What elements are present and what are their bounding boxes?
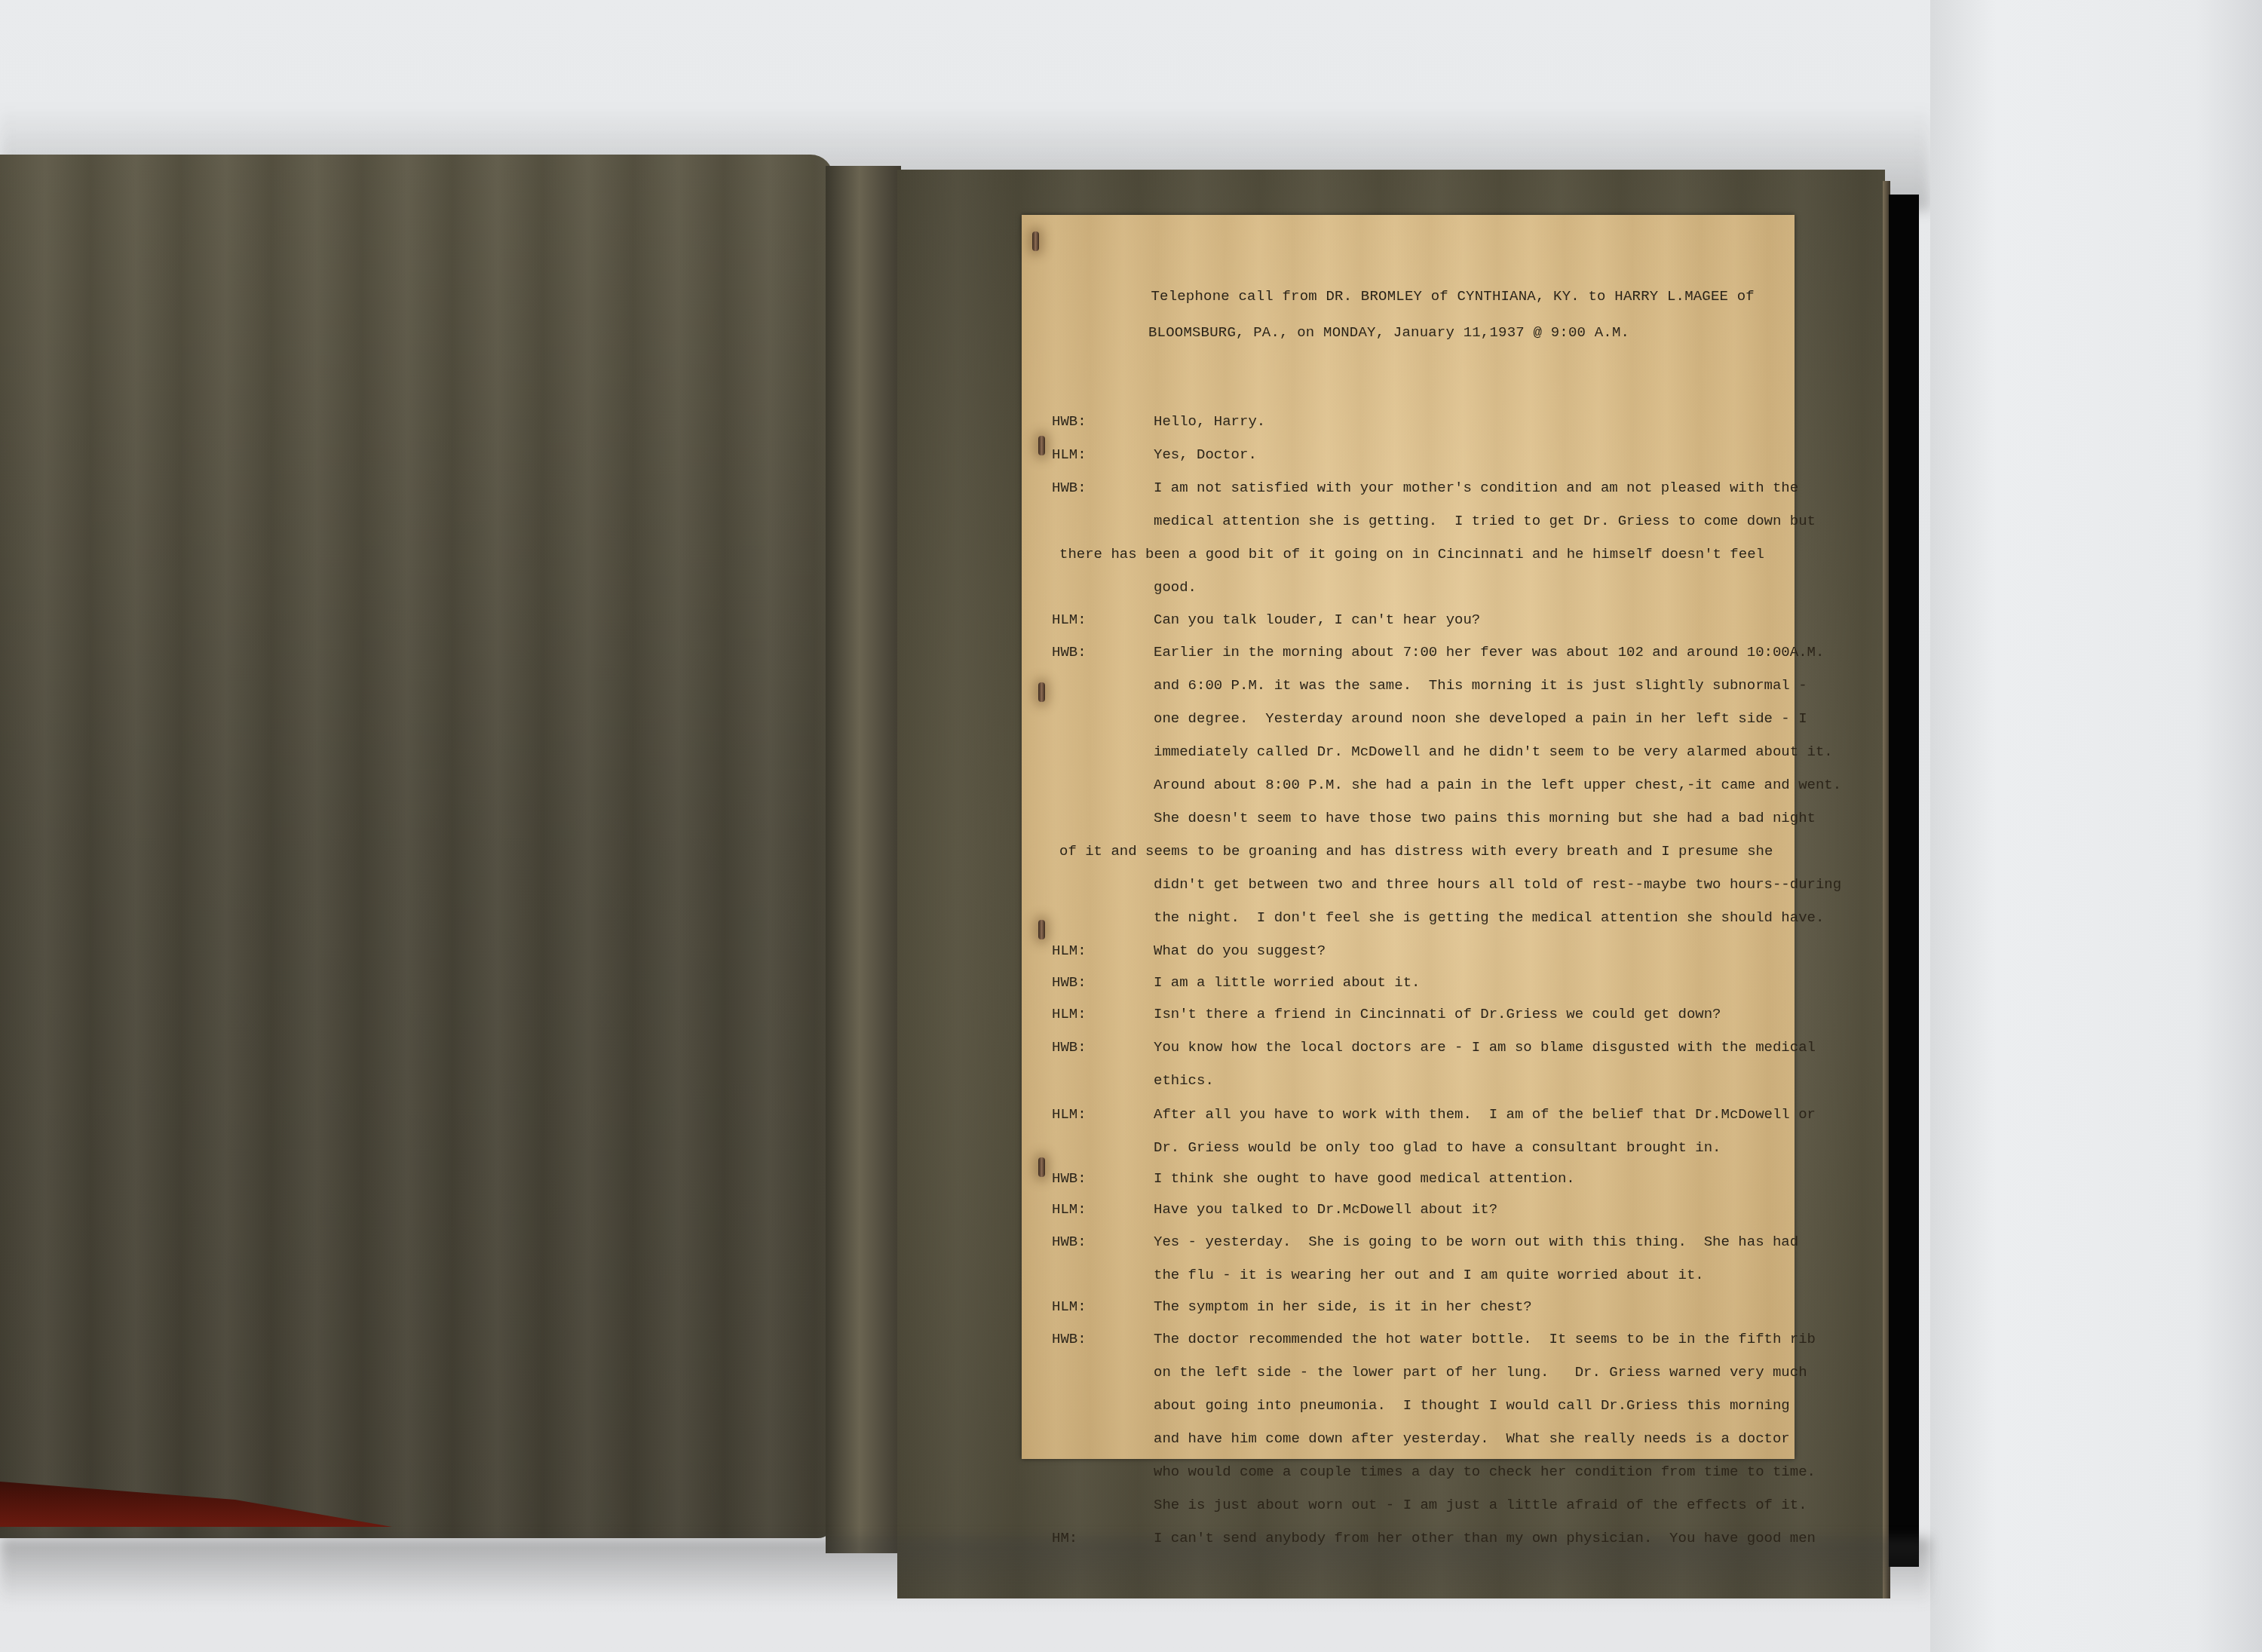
speech-text: Have you talked to Dr.McDowell about it? <box>1154 1201 1497 1218</box>
staple-icon <box>1038 920 1045 939</box>
speech-text: the night. I don't feel she is getting t… <box>1154 909 1824 926</box>
speaker-label: HWB: <box>1052 413 1087 430</box>
speech-text: What do you suggest? <box>1154 942 1326 959</box>
speech-text: The doctor recommended the hot water bot… <box>1154 1331 1816 1347</box>
typewritten-sheet: Telephone call from DR. BROMLEY of CYNTH… <box>1022 215 1795 1459</box>
speech-text: She is just about worn out - I am just a… <box>1154 1497 1807 1513</box>
speech-text: Isn't there a friend in Cincinnati of Dr… <box>1154 1006 1721 1022</box>
speech-text: on the left side - the lower part of her… <box>1154 1364 1807 1381</box>
speaker-label: HWB: <box>1052 480 1087 496</box>
speech-text: Can you talk louder, I can't hear you? <box>1154 611 1480 628</box>
bottom-shadow <box>0 1538 1930 1606</box>
staple-icon <box>1038 436 1045 455</box>
speaker-label: HWB: <box>1052 1331 1087 1347</box>
speech-text: Dr. Griess would be only too glad to hav… <box>1154 1139 1721 1156</box>
scanner-background <box>1930 0 2262 1652</box>
speaker-label: HWB: <box>1052 974 1087 991</box>
speaker-label: HWB: <box>1052 644 1087 660</box>
speech-text: Hello, Harry. <box>1154 413 1265 430</box>
speech-text: medical attention she is getting. I trie… <box>1154 513 1816 529</box>
left-book-page <box>0 155 833 1538</box>
speech-text: immediately called Dr. McDowell and he d… <box>1154 743 1833 760</box>
speech-text: Yes - yesterday. She is going to be worn… <box>1154 1234 1798 1250</box>
speech-text: Earlier in the morning about 7:00 her fe… <box>1154 644 1824 660</box>
speech-text: didn't get between two and three hours a… <box>1154 876 1841 893</box>
speech-text: Yes, Doctor. <box>1154 446 1257 463</box>
speaker-label: HLM: <box>1052 611 1087 628</box>
speech-text: good. <box>1154 579 1197 596</box>
staple-icon <box>1038 682 1045 702</box>
speaker-label: HLM: <box>1052 1006 1087 1022</box>
speech-text: who would come a couple times a day to c… <box>1154 1464 1816 1480</box>
document-heading: Telephone call from DR. BROMLEY of CYNTH… <box>1116 269 1755 378</box>
speech-text: one degree. Yesterday around noon she de… <box>1154 710 1807 727</box>
staple-icon <box>1038 1157 1045 1177</box>
speech-text: and have him come down after yesterday. … <box>1154 1430 1790 1447</box>
speech-text: there has been a good bit of it going on… <box>1059 546 1764 562</box>
speaker-label: HLM: <box>1052 1298 1087 1315</box>
heading-line-2: BLOOMSBURG, PA., on MONDAY, January 11,1… <box>1116 323 1755 342</box>
book-back-cover <box>1889 195 1919 1567</box>
book-gutter <box>826 166 901 1553</box>
speech-text: the flu - it is wearing her out and I am… <box>1154 1267 1704 1283</box>
speaker-label: HLM: <box>1052 942 1087 959</box>
staple-icon <box>1032 231 1039 251</box>
speech-text: I am a little worried about it. <box>1154 974 1420 991</box>
speech-text: The symptom in her side, is it in her ch… <box>1154 1298 1532 1315</box>
speech-text: I think she ought to have good medical a… <box>1154 1170 1575 1187</box>
speech-text: I can't send anybody from her other than… <box>1154 1530 1816 1546</box>
heading-line-1: Telephone call from DR. BROMLEY of CYNTH… <box>1151 288 1755 305</box>
speech-text: about going into pneumonia. I thought I … <box>1154 1397 1790 1414</box>
speech-text: I am not satisfied with your mother's co… <box>1154 480 1798 496</box>
speaker-label: HWB: <box>1052 1039 1087 1056</box>
speech-text: Around about 8:00 P.M. she had a pain in… <box>1154 777 1841 793</box>
speech-text: You know how the local doctors are - I a… <box>1154 1039 1816 1056</box>
speech-text: and 6:00 P.M. it was the same. This morn… <box>1154 677 1807 694</box>
speaker-label: HWB: <box>1052 1170 1087 1187</box>
speaker-label: HLM: <box>1052 1106 1087 1123</box>
speaker-label: HLM: <box>1052 446 1087 463</box>
speech-text: of it and seems to be groaning and has d… <box>1059 843 1773 860</box>
speaker-label: HM: <box>1052 1530 1077 1546</box>
speech-text: After all you have to work with them. I … <box>1154 1106 1816 1123</box>
speech-text: ethics. <box>1154 1072 1214 1089</box>
speaker-label: HWB: <box>1052 1234 1087 1250</box>
speaker-label: HLM: <box>1052 1201 1087 1218</box>
speech-text: She doesn't seem to have those two pains… <box>1154 810 1816 826</box>
